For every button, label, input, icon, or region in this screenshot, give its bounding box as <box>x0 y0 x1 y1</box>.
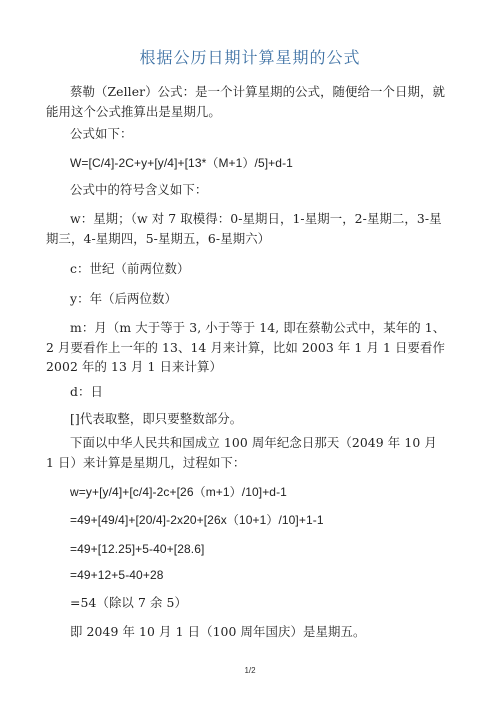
paragraph-symbol-w: w：星期；（w 对 7 取模得：0-星期日，1-星期一，2-星期二，3-星期三，… <box>46 209 448 248</box>
paragraph-brackets-note: []代表取整，即只要整数部分。 <box>46 409 448 429</box>
paragraph-step-1: =49+[49/4]+[20/4]-2x20+[26x（10+1）/10]+1-… <box>46 511 448 531</box>
paragraph-step-4: =54（除以 7 余 5） <box>46 593 448 613</box>
paragraph-symbols-label: 公式中的符号含义如下： <box>46 180 448 200</box>
paragraph-step-3: =49+12+5-40+28 <box>46 566 448 586</box>
paragraph-formula: W=[C/4]-2C+y+[y/4]+[13*（M+1）/5]+d-1 <box>46 154 448 174</box>
paragraph-zeller-intro: 蔡勒（Zeller）公式：是一个计算星期的公式，随便给一个日期，就能用这个公式推… <box>46 82 448 121</box>
paragraph-example-intro: 下面以中华人民共和国成立 100 周年纪念日那天（2049 年 10 月 1 日… <box>46 433 448 472</box>
paragraph-step-2: =49+[12.25]+5-40+[28.6] <box>46 540 448 560</box>
paragraph-conclusion: 即 2049 年 10 月 1 日（100 周年国庆）是星期五。 <box>46 622 448 642</box>
paragraph-formula-label: 公式如下： <box>46 124 448 144</box>
paragraph-symbol-y: y：年（后两位数） <box>46 289 448 309</box>
paragraph-symbol-d: d：日 <box>46 382 448 402</box>
document-title: 根据公历日期计算星期的公式 <box>0 45 500 68</box>
paragraph-example-formula: w=y+[y/4]+[c/4]-2c+[26（m+1）/10]+d-1 <box>46 483 448 503</box>
document-page: 根据公历日期计算星期的公式 蔡勒（Zeller）公式：是一个计算星期的公式，随便… <box>0 0 500 707</box>
paragraph-symbol-c: c：世纪（前两位数） <box>46 259 448 279</box>
page-number: 1/2 <box>0 666 500 675</box>
paragraph-symbol-m: m：月（m 大于等于 3, 小于等于 14, 即在蔡勒公式中，某年的 1、2 月… <box>46 318 448 377</box>
